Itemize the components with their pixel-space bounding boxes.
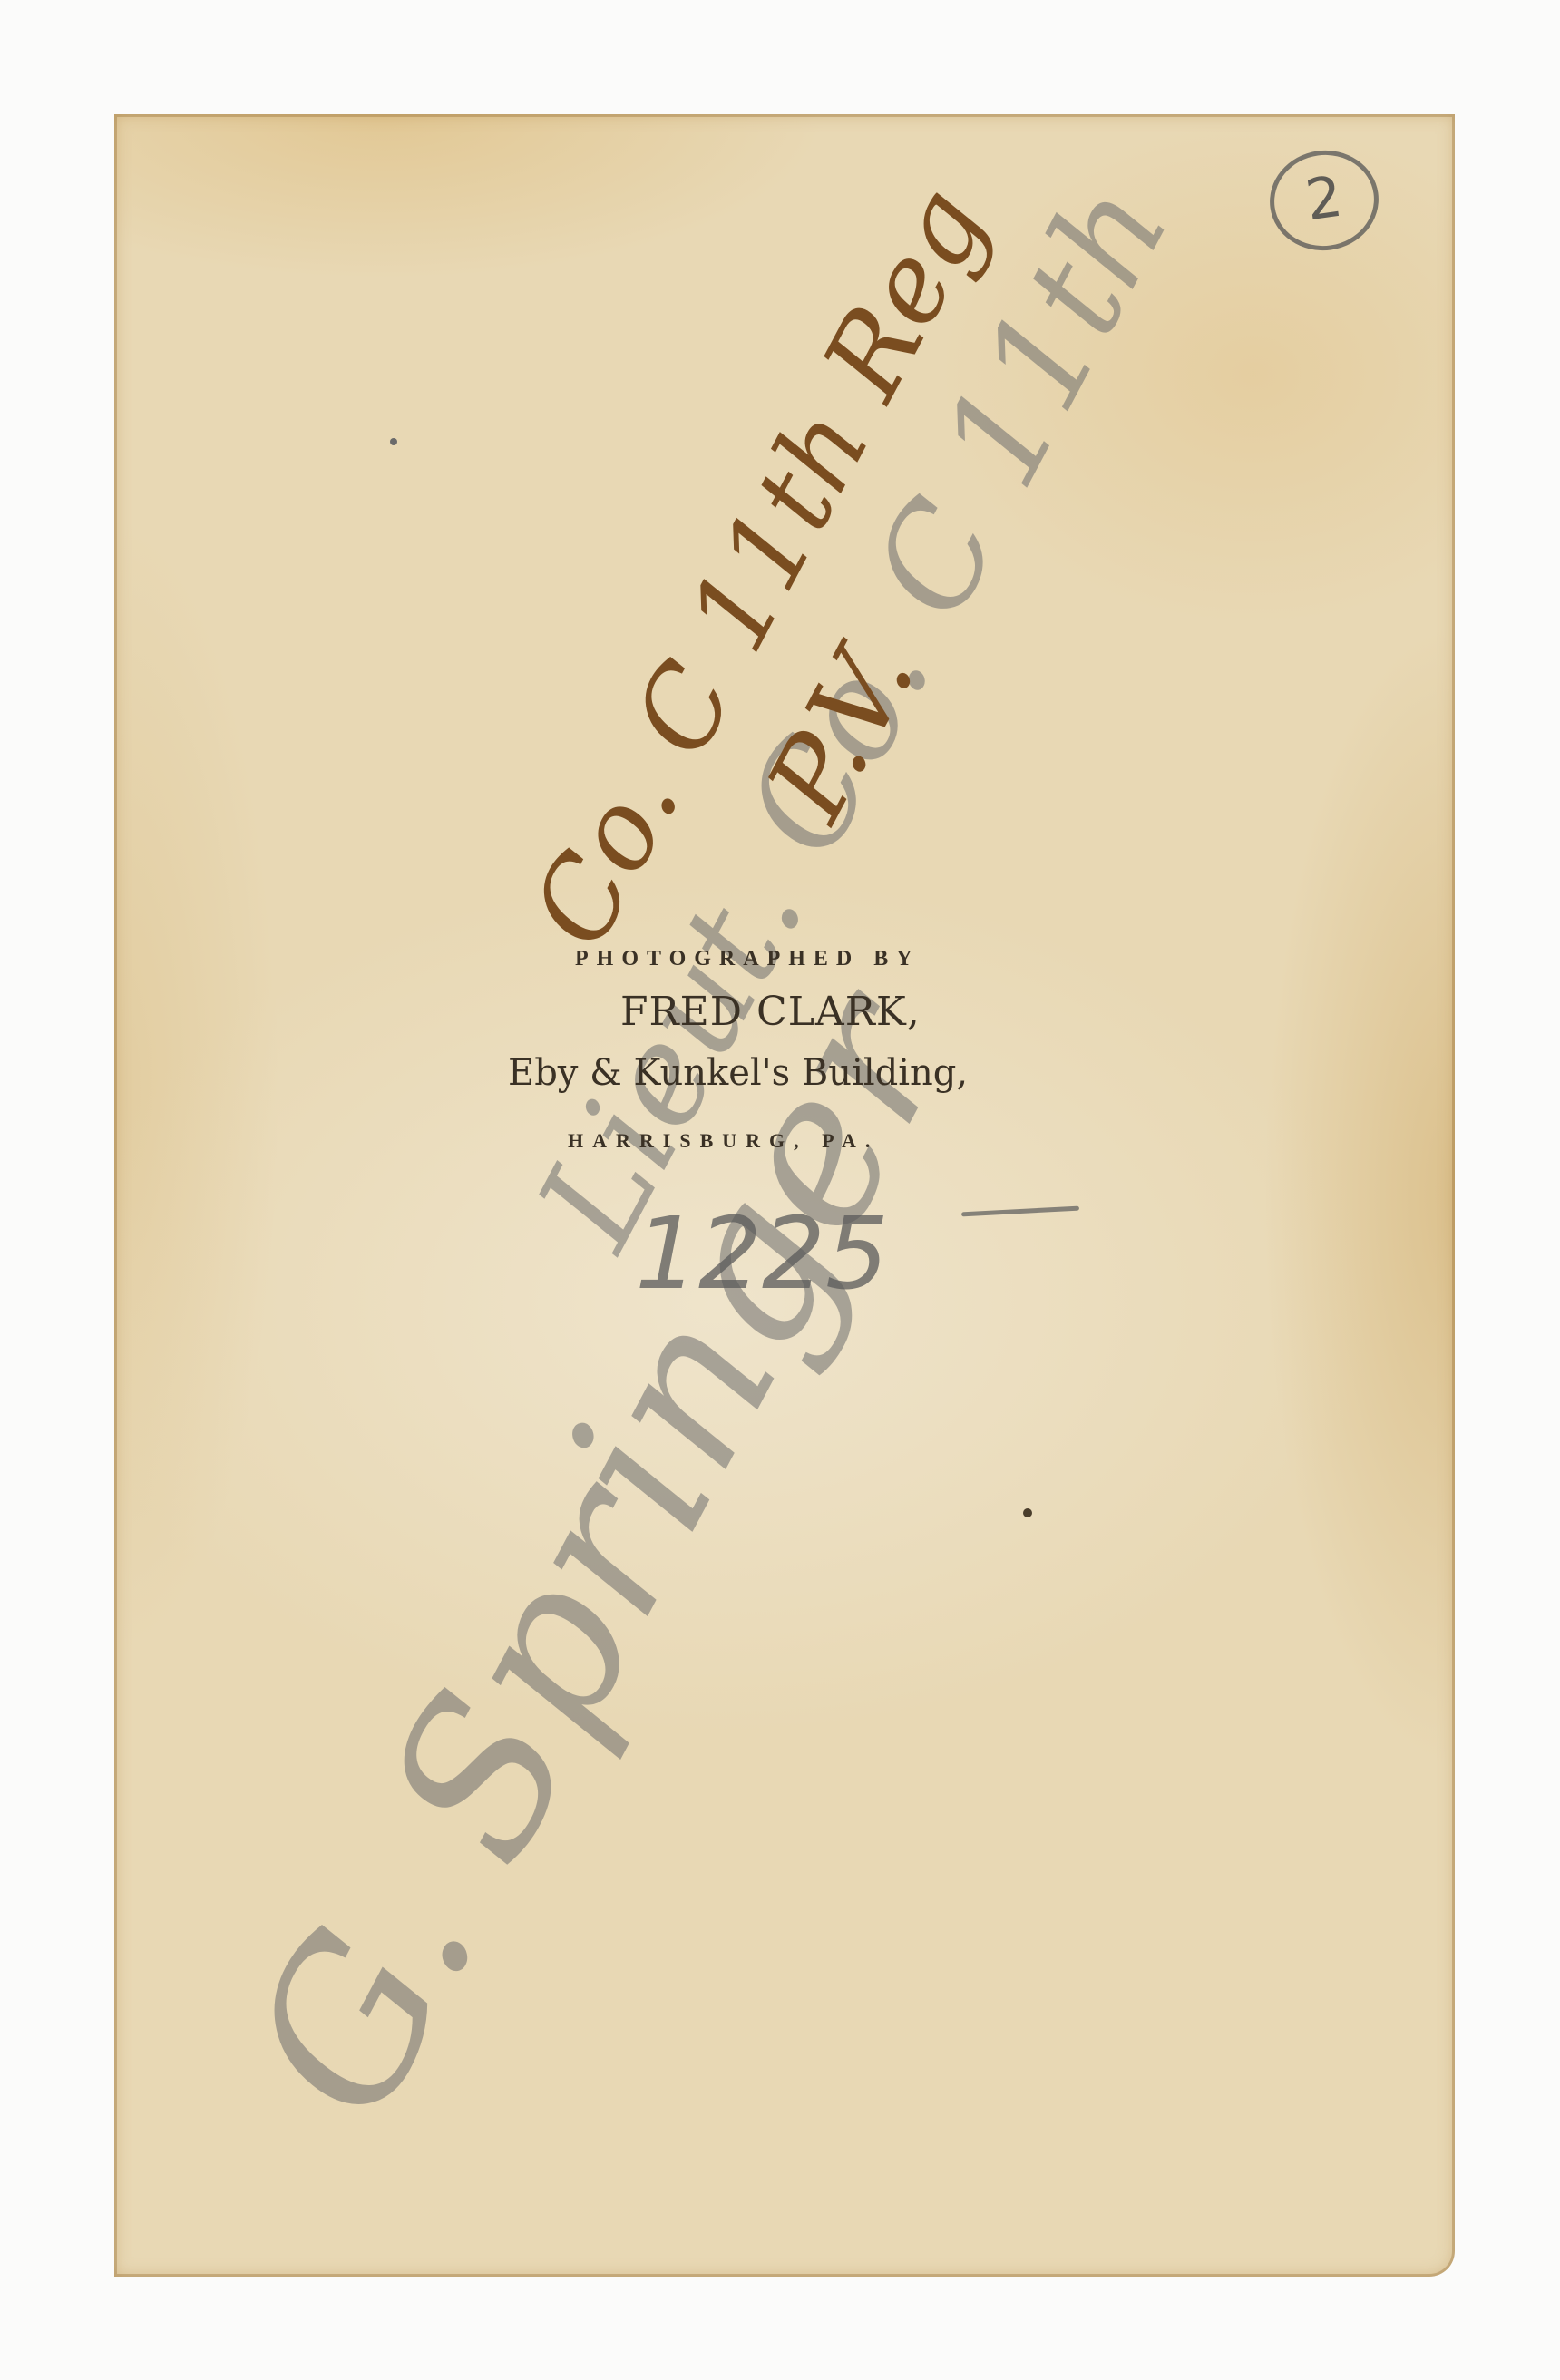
ink-speck xyxy=(1023,1508,1032,1517)
imprint-photographed-by: PHOTOGRAPHED BY xyxy=(575,947,921,971)
imprint-studio-address: Eby & Kunkel's Building, xyxy=(508,1052,968,1094)
pencil-catalog-number: 1225 xyxy=(635,1195,889,1312)
imprint-photographer-name: FRED CLARK, xyxy=(620,989,921,1035)
imprint-city: HARRISBURG, PA. xyxy=(568,1129,879,1153)
pencil-dot xyxy=(390,438,397,445)
